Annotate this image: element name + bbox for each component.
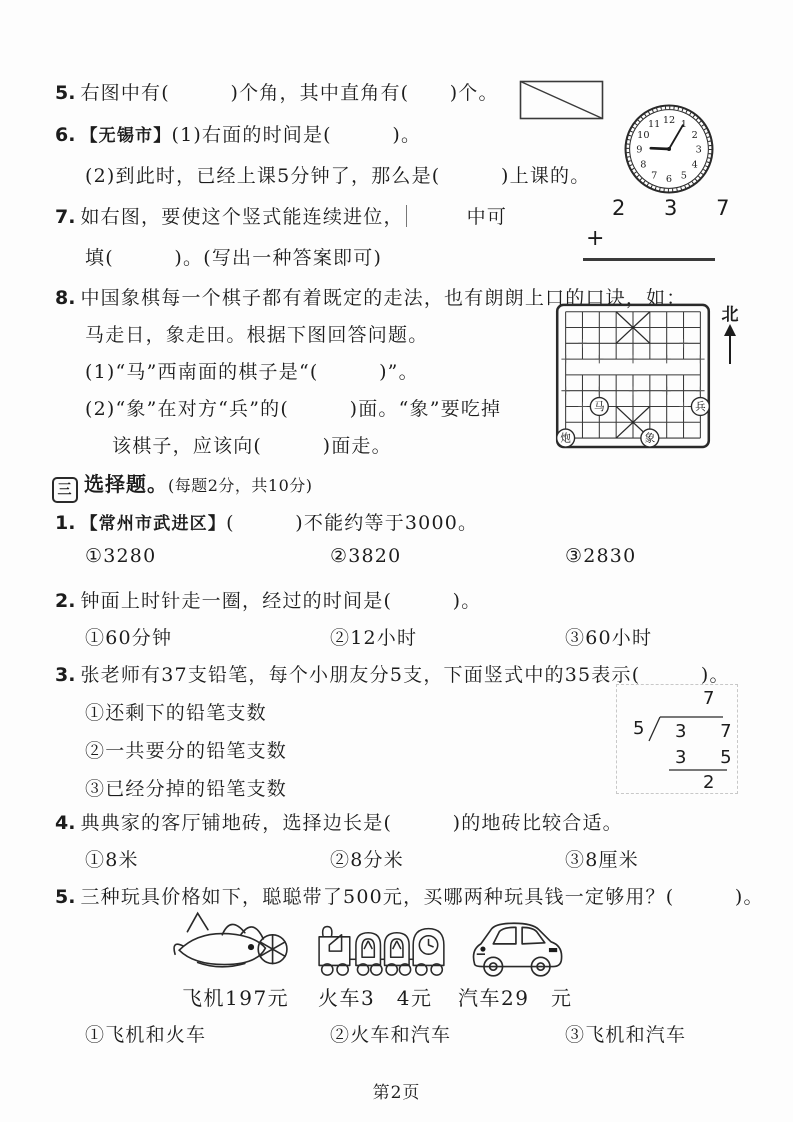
question-number: 8. [55, 287, 75, 309]
question-number: 5. [55, 82, 75, 104]
question-7: 7.如右图，要使这个竖式能连续进位，中可 [55, 202, 507, 229]
region-tag: 【常州市武进区】 [80, 514, 226, 534]
question-text: 典典家的客厅铺地砖，选择边长是( )的地砖比较合适。 [80, 812, 622, 834]
north-arrow-icon [719, 322, 741, 367]
division-remainder: 2 [703, 772, 714, 791]
piece-cannon: 炮 [557, 429, 575, 447]
addition-top-addend: 2 3 7 [612, 196, 745, 220]
question-text: 右图中有( )个角，其中直角有( )个。 [80, 82, 498, 104]
section-points-note: (每题2分，共10分) [168, 476, 313, 495]
svg-text:9: 9 [636, 145, 642, 156]
airplane-icon [168, 905, 293, 983]
option-2: ②8分米 [330, 845, 404, 872]
piece-soldier: 兵 [691, 398, 709, 416]
question-number: 5. [55, 886, 75, 908]
addition-sum-line [583, 258, 715, 261]
question-7-part2: 填( )。(写出一种答案即可) [85, 243, 382, 270]
svg-text:炮: 炮 [560, 432, 571, 445]
question-text: 张老师有37支铅笔，每个小朋友分5支，下面竖式中的35表示( )。 [80, 664, 729, 686]
rectangle-diagonal-figure [519, 80, 605, 122]
choice-question-4: 4.典典家的客厅铺地砖，选择边长是( )的地砖比较合适。 [55, 808, 623, 835]
option-2: ②12小时 [330, 623, 417, 650]
section-three-icon: 三 [52, 477, 78, 503]
svg-text:11: 11 [648, 119, 660, 130]
question-6: 6.【无锡市】(1)右面的时间是( )。 [55, 120, 421, 147]
train-price: 火车3 4元 [318, 982, 432, 1011]
option-2: ②火车和汽车 [330, 1020, 451, 1047]
svg-text:12: 12 [663, 115, 675, 126]
option-2: ②3820 [330, 545, 401, 567]
question-8-line2: 马走日，象走田。根据下图回答问题。 [85, 320, 428, 347]
option-3: ③60小时 [565, 623, 652, 650]
question-8-sub1: (1)“马”西南面的棋子是“( )”。 [85, 357, 419, 384]
option-3: ③8厘米 [565, 845, 639, 872]
division-dividend: 3 7 [675, 721, 735, 742]
question-text: 如右图，要使这个竖式能连续进位， [80, 206, 403, 228]
division-quotient: 7 [703, 688, 714, 709]
clock-figure: 1 2 3 4 5 6 7 8 9 10 11 12 [624, 104, 714, 194]
option-3: ③已经分掉的铅笔支数 [85, 774, 287, 801]
question-text: 钟面上时针走一圈，经过的时间是( )。 [80, 590, 481, 612]
svg-text:8: 8 [640, 159, 646, 170]
question-number: 7. [55, 206, 75, 228]
option-1: ①飞机和火车 [85, 1020, 206, 1047]
car-price: 汽车29 元 [458, 982, 572, 1011]
option-1: ①8米 [85, 845, 139, 872]
svg-text:7: 7 [651, 170, 657, 181]
train-icon [315, 910, 450, 982]
svg-text:10: 10 [637, 130, 649, 141]
car-icon [468, 915, 568, 981]
svg-text:马: 马 [594, 401, 605, 413]
question-text: ( )不能约等于3000。 [226, 512, 478, 534]
option-3: ③2830 [565, 545, 636, 567]
question-text: 中可 [467, 206, 507, 228]
question-number: 2. [55, 590, 75, 612]
svg-text:6: 6 [666, 174, 672, 185]
question-number: 4. [55, 812, 75, 834]
airplane-price: 飞机197元 [182, 982, 289, 1011]
svg-text:5: 5 [681, 170, 687, 181]
choice-question-1: 1.【常州市武进区】( )不能约等于3000。 [55, 508, 478, 535]
page-number: 第2页 [0, 1078, 793, 1103]
clock-center-dot [667, 147, 671, 151]
choice-question-5: 5.三种玩具价格如下，聪聪带了500元，买哪两种玩具钱一定够用？( )。 [55, 882, 764, 909]
svg-text:4: 4 [692, 159, 698, 170]
question-8-sub2b: 该棋子，应该向( )面走。 [112, 431, 392, 458]
svg-text:象: 象 [645, 432, 656, 445]
question-number: 1. [55, 512, 75, 534]
xiangqi-board: 马 兵 炮 象 [553, 303, 713, 451]
option-1: ①3280 [85, 545, 156, 567]
option-1: ①还剩下的铅笔支数 [85, 698, 267, 725]
plus-sign: + [586, 226, 604, 251]
division-product: 3 5 [675, 747, 735, 768]
svg-text:3: 3 [696, 145, 702, 156]
svg-text:2: 2 [692, 130, 698, 141]
worksheet-page: 5.右图中有( )个角，其中直角有( )个。 6.【无锡市】(1)右面的时间是(… [0, 0, 793, 1122]
division-divisor: 5 [633, 718, 644, 739]
region-tag: 【无锡市】 [80, 126, 171, 146]
option-2: ②一共要分的铅笔支数 [85, 736, 287, 763]
choice-question-3: 3.张老师有37支铅笔，每个小朋友分5支，下面竖式中的35表示( )。 [55, 660, 730, 687]
svg-text:兵: 兵 [695, 400, 706, 413]
option-1: ①60分钟 [85, 623, 172, 650]
hour-hand [651, 148, 669, 149]
question-number: 3. [55, 664, 75, 686]
long-division-figure: 7 5 3 7 3 5 2 [616, 684, 738, 794]
section-header-choice: 三选择题。(每题2分，共10分) [52, 468, 313, 503]
piece-elephant: 象 [641, 429, 659, 447]
choice-question-2: 2.钟面上时针走一圈，经过的时间是( )。 [55, 586, 481, 613]
question-8-sub2a: (2)“象”在对方“兵”的( )面。“象”要吃掉 [85, 394, 501, 421]
option-3: ③飞机和汽车 [565, 1020, 686, 1047]
question-text: (1)右面的时间是( )。 [171, 124, 421, 146]
question-number: 6. [55, 124, 75, 146]
answer-blank-box [406, 205, 461, 227]
question-5: 5.右图中有( )个角，其中直角有( )个。 [55, 78, 499, 105]
section-title: 选择题。 [84, 472, 168, 496]
question-6-part2: (2)到此时，已经上课5分钟了，那么是( )上课的。 [85, 161, 590, 188]
piece-horse: 马 [590, 398, 608, 416]
